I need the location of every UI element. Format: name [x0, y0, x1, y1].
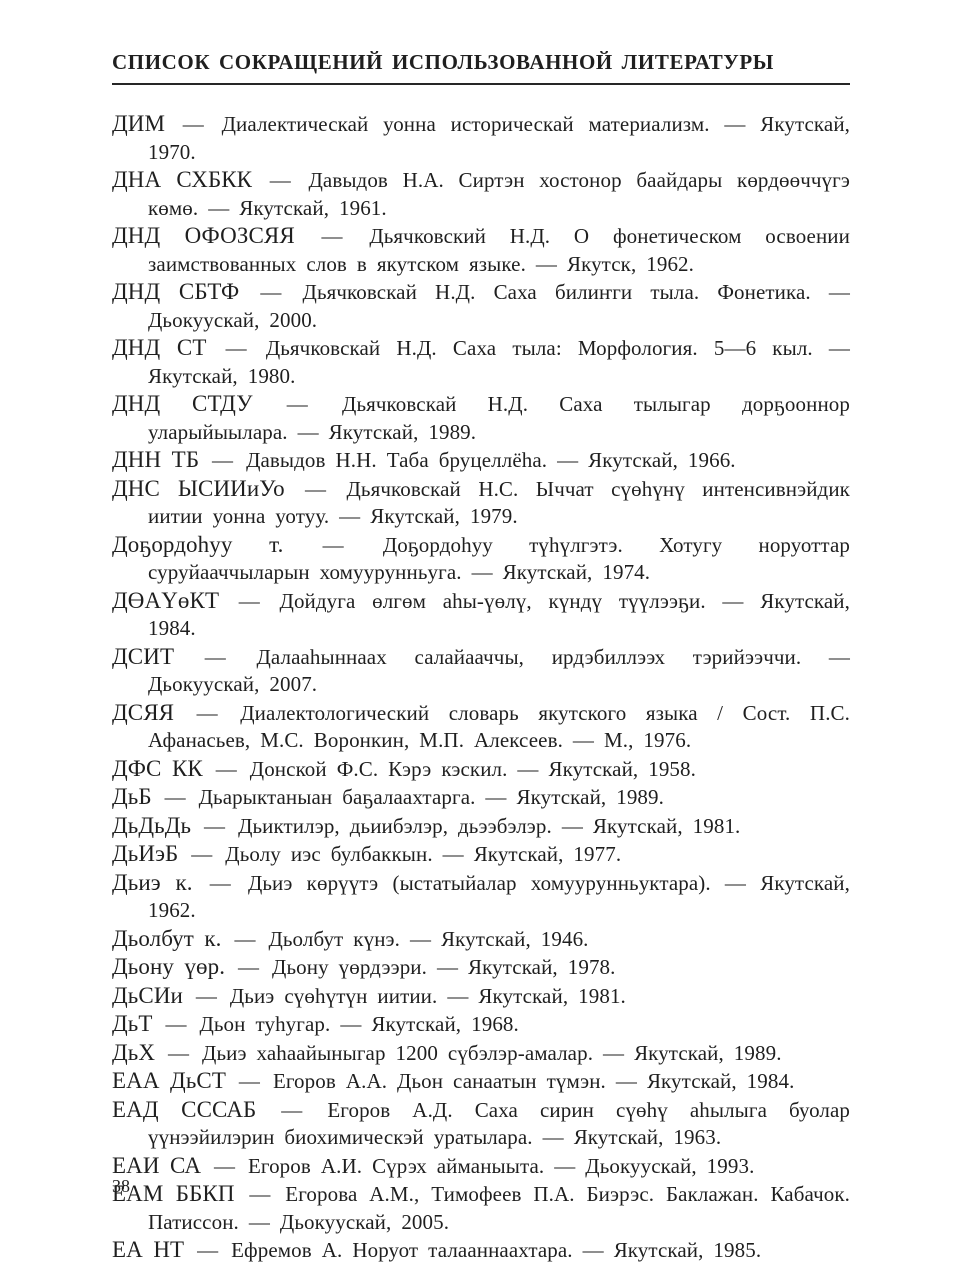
entry: ДФС КК — Донской Ф.С. Кэрэ кэскил. — Яку… — [112, 755, 850, 784]
page-number: 38 — [112, 1176, 130, 1197]
entry-desc: Диалектологический словарь якутского язы… — [148, 701, 850, 753]
entry-abbr: ДьСИи — [112, 983, 183, 1008]
entry: Дьиэ к. — Дьиэ көрүүтэ (ыстатыйалар хому… — [112, 869, 850, 925]
entry-abbr: ДСЯЯ — [112, 700, 174, 725]
entry-desc: Давыдов Н.А. Сиртэн хостонор баайдары кө… — [148, 168, 850, 220]
entry-separator: — — [238, 1182, 283, 1206]
entry: ДНД СТ — Дьячковскай Н.Д. Саха тыла: Мор… — [112, 334, 850, 390]
entry-desc: Дьону үөрдээри. — Якутскай, 1978. — [272, 955, 615, 979]
entry-separator: — — [222, 589, 277, 613]
entry: Доҕордоһуу т. — Доҕордоһуу түһүлгэтэ. Хо… — [112, 531, 850, 587]
entry: ЕАА ДьСТ — Егоров А.А. Дьон санаатын түм… — [112, 1067, 850, 1096]
entry-separator: — — [186, 984, 227, 1008]
entry: ЕА НТ — Ефремов А. Норуот талааннаахтара… — [112, 1236, 850, 1265]
entry-desc: Дьолбут күнэ. — Якутскай, 1946. — [268, 927, 588, 951]
entry: Дьолбут к. — Дьолбут күнэ. — Якутскай, 1… — [112, 925, 850, 954]
entry-separator: — — [155, 785, 196, 809]
entry-separator: — — [286, 533, 380, 557]
entry-separator: — — [194, 814, 235, 838]
book-page: СПИСОК СОКРАЩЕНИЙ ИСПОЛЬЗОВАННОЙ ЛИТЕРАТ… — [0, 0, 959, 1274]
entry-abbr: ЕАД СССАБ — [112, 1097, 256, 1122]
entry-separator: — — [187, 1238, 228, 1262]
entry-desc: Диалектическай уонна историческай матери… — [148, 112, 850, 164]
entry-abbr: Доҕордоһуу т. — [112, 532, 283, 557]
entry-separator: — — [158, 1041, 199, 1065]
entry-desc: Давыдов Н.Н. Таба бруцеллёһа. — Якутскай… — [246, 448, 736, 472]
entry: ДИМ — Диалектическай уонна историческай … — [112, 110, 850, 166]
entry-separator: — — [256, 392, 340, 416]
entry-abbr: ДьБ — [112, 784, 152, 809]
entry-abbr: ДьИэБ — [112, 841, 178, 866]
entry-abbr: ДНС ЫСИИиУо — [112, 476, 285, 501]
entry-desc: Дьарыктаныан баҕалаахтарга. — Якутскай, … — [199, 785, 664, 809]
entry-abbr: ДИМ — [112, 111, 165, 136]
entry-separator: — — [242, 280, 299, 304]
entry-desc: Дьячковскай Н.Д. Саха тылыгар дорҕооннор… — [148, 392, 850, 444]
entry-separator: — — [228, 955, 269, 979]
entry-abbr: Дьиэ к. — [112, 870, 193, 895]
entry-separator: — — [209, 336, 262, 360]
entry: ДСИТ — Далааһыннаах салайааччы, ирдэбилл… — [112, 643, 850, 699]
entry-separator: — — [202, 448, 243, 472]
entry-abbr: ДьДьДь — [112, 813, 191, 838]
entry-abbr: ЕАА ДьСТ — [112, 1068, 226, 1093]
entry: ДНН ТБ — Давыдов Н.Н. Таба бруцеллёһа. —… — [112, 446, 850, 475]
entry: ДьТ — Дьон туһугар. — Якутскай, 1968. — [112, 1010, 850, 1039]
entry-separator: — — [168, 112, 219, 136]
entry: Дьону үөр. — Дьону үөрдээри. — Якутскай,… — [112, 953, 850, 982]
entry: ДьДьДь — Дьиктилэр, дьиибэлэр, дьээбэлэр… — [112, 812, 850, 841]
entry-separator: — — [181, 842, 222, 866]
entry-abbr: ДНД СБТФ — [112, 279, 239, 304]
entry-abbr: ДНД ОФОЗСЯЯ — [112, 223, 295, 248]
entry-abbr: ДНД СТДУ — [112, 391, 253, 416]
entry-separator: — — [177, 701, 237, 725]
entry-abbr: ДНД СТ — [112, 335, 207, 360]
entry: ДьХ — Дьиэ хаһаайыныгар 1200 сүбэлэр-ама… — [112, 1039, 850, 1068]
entry-separator: — — [177, 645, 253, 669]
entry-desc: Ефремов А. Норуот талааннаахтара. — Якут… — [231, 1238, 761, 1262]
entry-separator: — — [229, 1069, 270, 1093]
entry-abbr: ДСИТ — [112, 644, 174, 669]
entry-separator: — — [259, 1098, 324, 1122]
page-title: СПИСОК СОКРАЩЕНИЙ ИСПОЛЬЗОВАННОЙ ЛИТЕРАТ… — [112, 50, 850, 85]
entry: ЕАМ ББКП — Егорова А.М., Тимофеев П.А. Б… — [112, 1180, 850, 1236]
entry-abbr: Дьолбут к. — [112, 926, 222, 951]
entry-separator: — — [155, 1012, 196, 1036]
entry-separator: — — [204, 1154, 245, 1178]
entry-abbr: Дьону үөр. — [112, 954, 225, 979]
entry-abbr: ДНА СХБКК — [112, 167, 252, 192]
entry-abbr: ЕАИ СА — [112, 1153, 201, 1178]
entry-desc: Дьиктилэр, дьиибэлэр, дьээбэлэр. — Якутс… — [238, 814, 740, 838]
entry-desc: Донской Ф.С. Кэрэ кэскил. — Якутскай, 19… — [250, 757, 696, 781]
entry-desc: Егоров А.И. Сүрэх айманыыта. — Дьокууска… — [248, 1154, 754, 1178]
entry-desc: Дьиэ сүөһүтүн иитии. — Якутскай, 1981. — [230, 984, 626, 1008]
entry: ЕАД СССАБ — Егоров А.Д. Саха сирин сүөһү… — [112, 1096, 850, 1152]
entry: ДьСИи — Дьиэ сүөһүтүн иитии. — Якутскай,… — [112, 982, 850, 1011]
entry-abbr: ДьТ — [112, 1011, 153, 1036]
entry: ДНА СХБКК — Давыдов Н.А. Сиртэн хостонор… — [112, 166, 850, 222]
entry-abbr: ЕА НТ — [112, 1237, 184, 1262]
entry: ДСЯЯ — Диалектологический словарь якутск… — [112, 699, 850, 755]
entry-separator: — — [255, 168, 305, 192]
entry-separator: — — [206, 757, 247, 781]
entry: ЕАИ СА — Егоров А.И. Сүрэх айманыыта. — … — [112, 1152, 850, 1181]
entry-desc: Дьон туһугар. — Якутскай, 1968. — [199, 1012, 518, 1036]
entry-desc: Егоров А.А. Дьон санаатын түмэн. — Якутс… — [273, 1069, 795, 1093]
abbreviation-list: ДИМ — Диалектическай уонна историческай … — [112, 110, 850, 1265]
entry: ДНД СТДУ — Дьячковскай Н.Д. Саха тылыгар… — [112, 390, 850, 446]
entry: ДНД СБТФ — Дьячковскай Н.Д. Саха билиҥги… — [112, 278, 850, 334]
entry-separator: — — [196, 871, 245, 895]
entry-separator: — — [224, 927, 265, 951]
entry-desc: Дьолу иэс булбаккын. — Якутскай, 1977. — [225, 842, 621, 866]
entry-abbr: ДНН ТБ — [112, 447, 199, 472]
entry: ДьИэБ — Дьолу иэс булбаккын. — Якутскай,… — [112, 840, 850, 869]
entry-desc: Дьиэ хаһаайыныгар 1200 сүбэлэр-амалар. —… — [202, 1041, 782, 1065]
entry-desc: Дьиэ көрүүтэ (ыстатыйалар хомуурунньукта… — [148, 871, 850, 923]
entry: ДНД ОФОЗСЯЯ — Дьячковский Н.Д. О фонетич… — [112, 222, 850, 278]
entry: ДӨАҮөКТ — Дойдуга өлгөм аһы-үөлү, күндү … — [112, 587, 850, 643]
entry-abbr: ДӨАҮөКТ — [112, 588, 219, 613]
entry: ДНС ЫСИИиУо — Дьячковскай Н.С. Ыччат сүө… — [112, 475, 850, 531]
entry: ДьБ — Дьарыктаныан баҕалаахтарга. — Якут… — [112, 783, 850, 812]
entry-abbr: ДФС КК — [112, 756, 203, 781]
entry-abbr: ДьХ — [112, 1040, 155, 1065]
entry-separator: — — [298, 224, 367, 248]
entry-separator: — — [288, 477, 344, 501]
entry-abbr: ЕАМ ББКП — [112, 1181, 235, 1206]
